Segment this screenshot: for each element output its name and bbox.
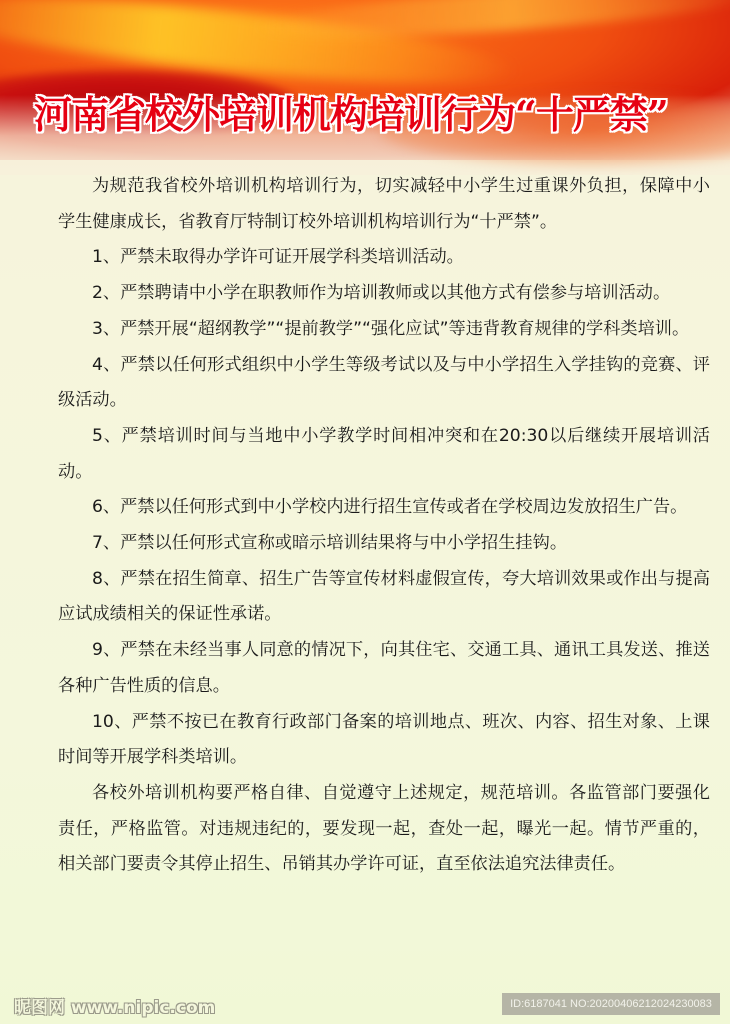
rule-item: 10、严禁不按已在教育行政部门备案的培训地点、班次、内容、招生对象、上课时间等开…	[58, 705, 710, 776]
page-title: 河南省校外培训机构培训行为“十严禁”	[34, 84, 668, 139]
conclusion-paragraph: 各校外培训机构要严格自律、自觉遵守上述规定，规范培训。各监管部门要强化责任，严格…	[58, 776, 710, 883]
rule-item: 8、严禁在招生简章、招生广告等宣传材料虚假宣传，夸大培训效果或作出与提高应试成绩…	[58, 562, 710, 633]
rule-item: 3、严禁开展“超纲教学”“提前教学”“强化应试”等违背教育规律的学科类培训。	[58, 312, 710, 348]
rule-item: 6、严禁以任何形式到中小学校内进行招生宣传或者在学校周边发放招生广告。	[58, 490, 710, 526]
image-id-badge: ID:6187041 NO:20200406212024230083	[502, 993, 720, 1015]
rule-item: 9、严禁在未经当事人同意的情况下，向其住宅、交通工具、通讯工具发送、推送各种广告…	[58, 633, 710, 704]
rule-item: 5、严禁培训时间与当地中小学教学时间相冲突和在20:30以后继续开展培训活动。	[58, 419, 710, 490]
rule-item: 2、严禁聘请中小学在职教师作为培训教师或以其他方式有偿参与培训活动。	[58, 276, 710, 312]
document-body: 为规范我省校外培训机构培训行为，切实减轻中小学生过重课外负担，保障中小学生健康成…	[58, 169, 710, 883]
rule-item: 4、严禁以任何形式组织中小学生等级考试以及与中小学招生入学挂钩的竞赛、评级活动。	[58, 348, 710, 419]
watermark-logo: 昵图网 www.nipic.com	[14, 993, 215, 1018]
rule-item: 7、严禁以任何形式宣称或暗示培训结果将与中小学招生挂钩。	[58, 526, 710, 562]
intro-paragraph: 为规范我省校外培训机构培训行为，切实减轻中小学生过重课外负担，保障中小学生健康成…	[58, 169, 710, 240]
rule-item: 1、严禁未取得办学许可证开展学科类培训活动。	[58, 240, 710, 276]
